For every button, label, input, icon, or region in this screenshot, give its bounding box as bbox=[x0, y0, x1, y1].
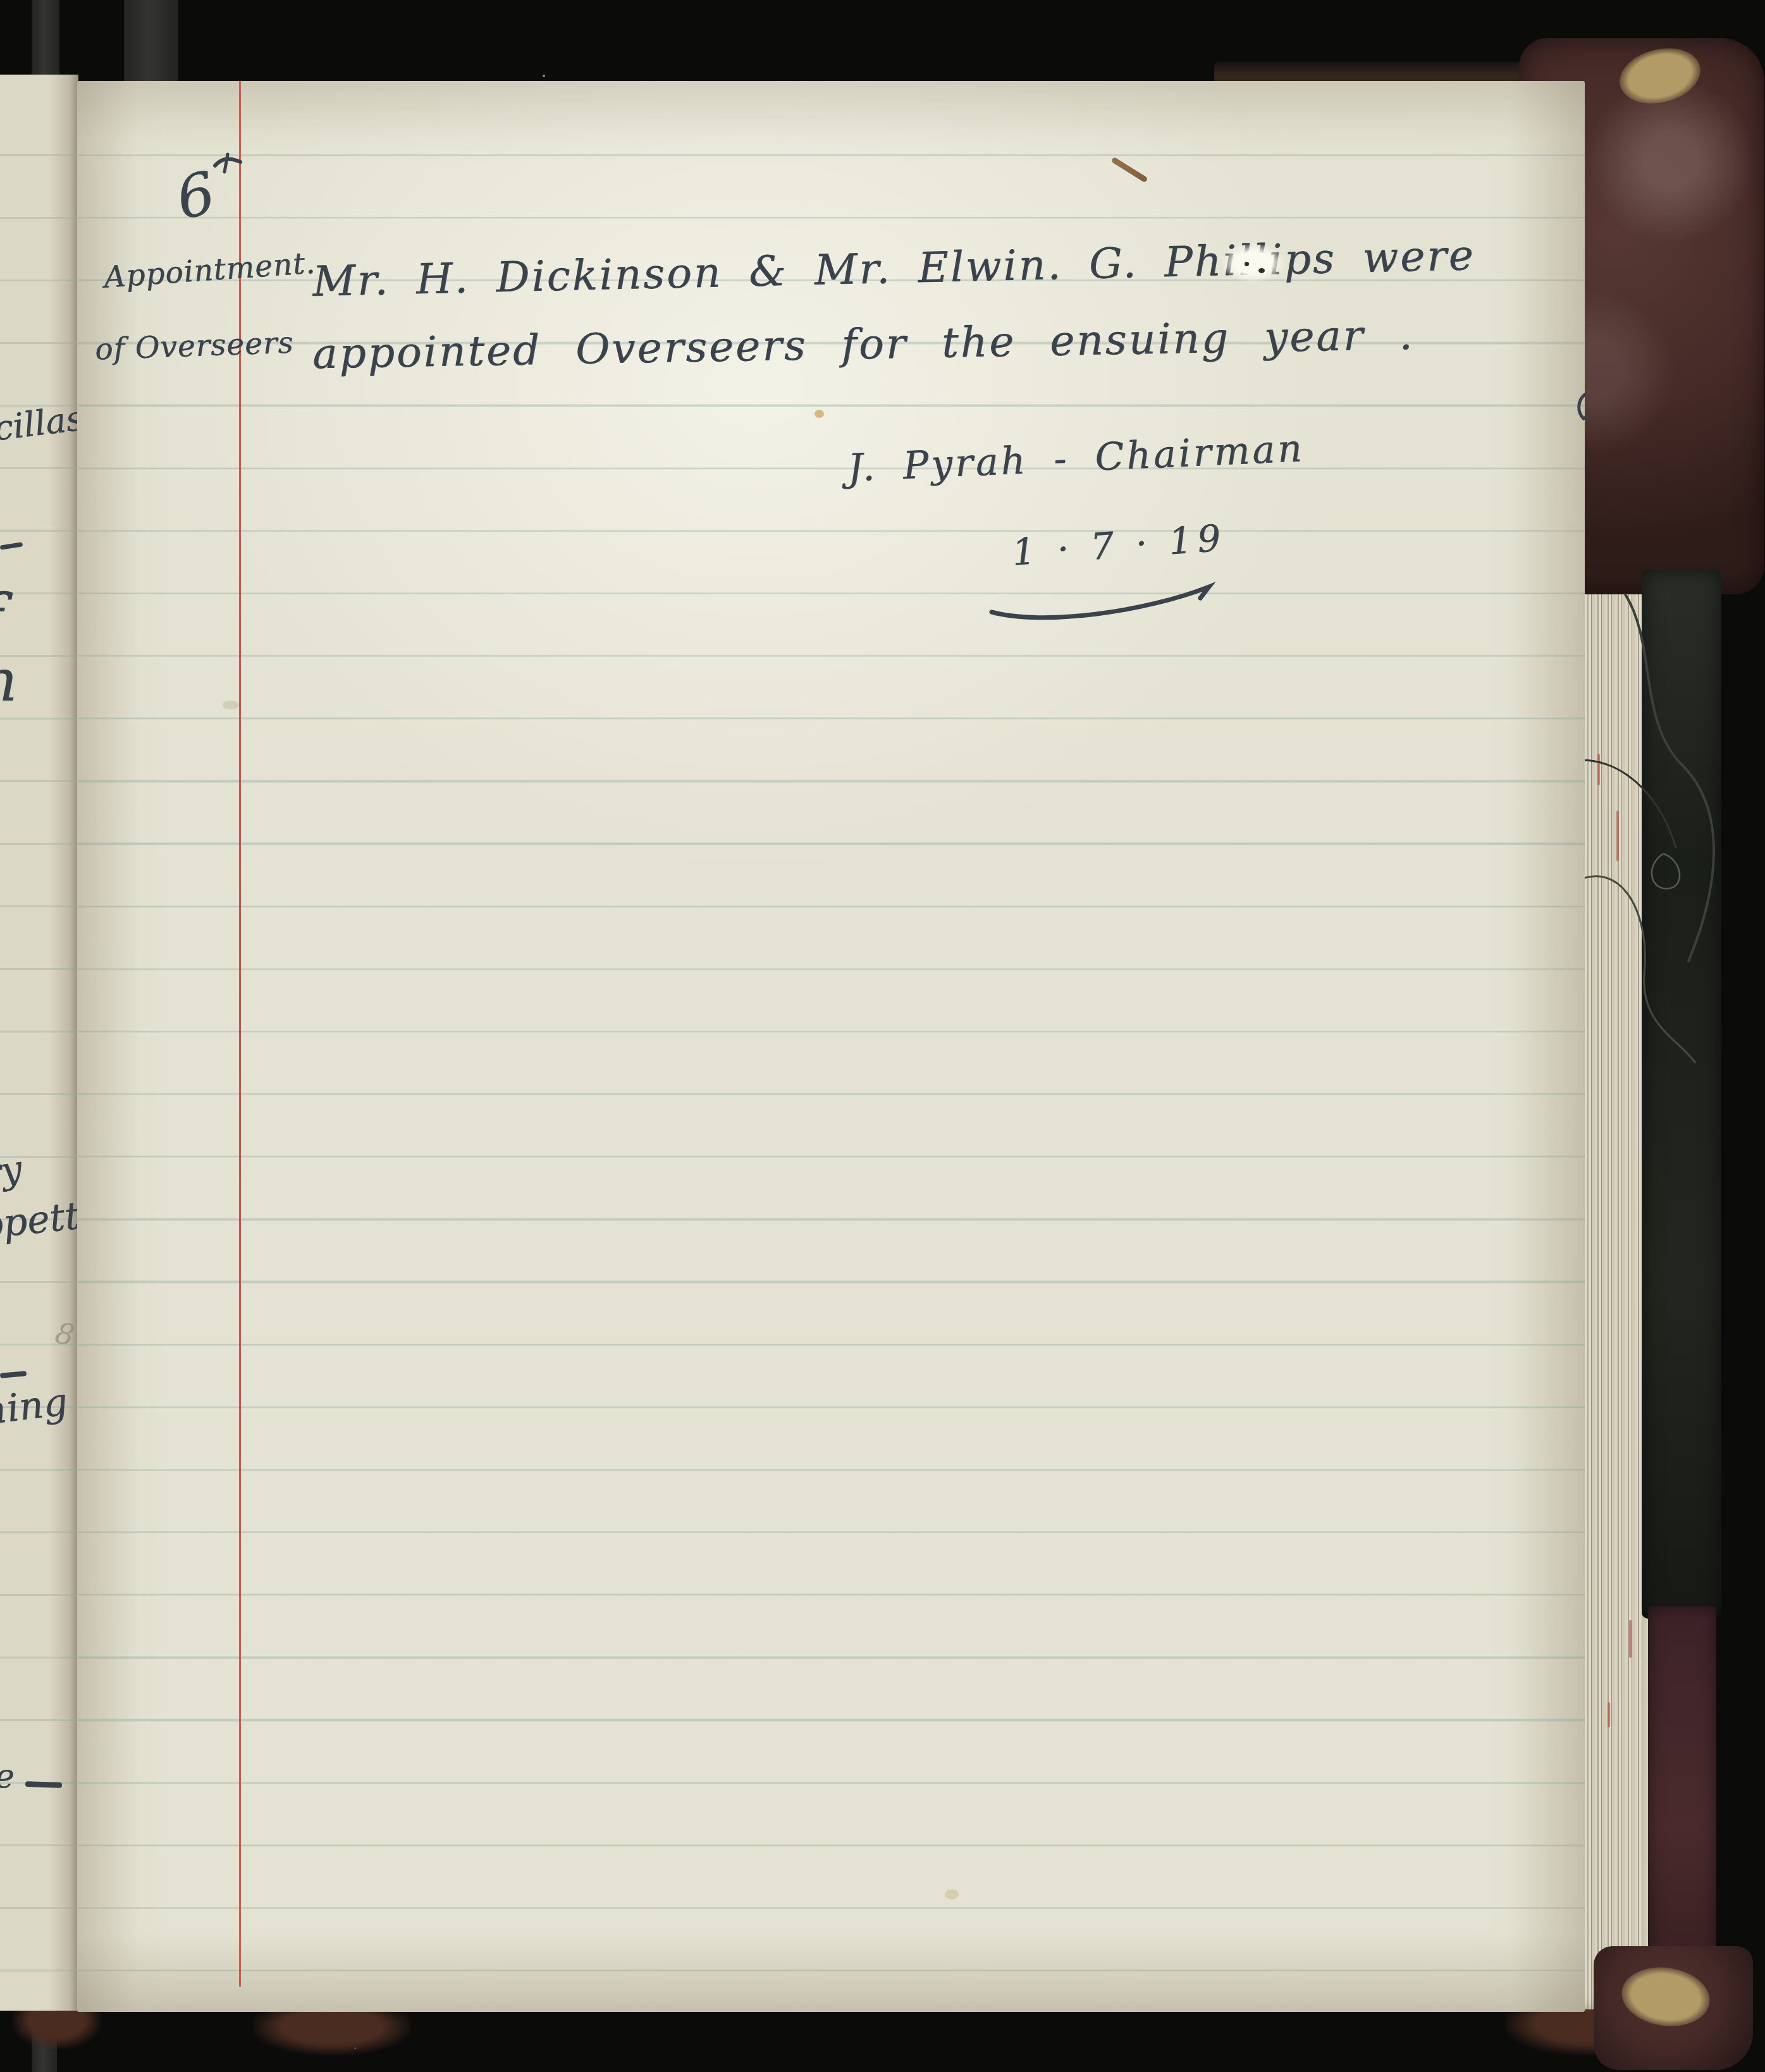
margin-note-line2: of Overseers bbox=[94, 326, 294, 367]
smudge bbox=[223, 701, 239, 709]
handwriting-fragment: cillas bbox=[0, 398, 85, 449]
handwriting-fragment: hing bbox=[0, 1380, 70, 1434]
body-line1: Mr. H. Dickinson & Mr. Elwin. G. Phillip… bbox=[312, 231, 1475, 306]
margin-rule-line bbox=[239, 81, 241, 1987]
dust-speck bbox=[543, 75, 545, 77]
red-edge-mark bbox=[1629, 1620, 1632, 1658]
chairman-signature: J. Pyrah - Chairman bbox=[847, 426, 1305, 490]
date-underline-flourish bbox=[987, 573, 1233, 627]
handwriting-fragment: ppett bbox=[0, 1194, 82, 1248]
handwriting-fragment: h bbox=[0, 647, 18, 714]
ink-blot-mark bbox=[1575, 392, 1591, 422]
handwriting-stroke bbox=[25, 1781, 62, 1788]
minute-date: 1 · 7 · 19 bbox=[1011, 516, 1227, 573]
fox-spot bbox=[945, 1889, 959, 1899]
paper-chip bbox=[1222, 244, 1285, 282]
chip-speck bbox=[1245, 262, 1249, 266]
pencil-mark: 8 bbox=[52, 1316, 78, 1353]
handwriting-stroke bbox=[0, 1371, 27, 1378]
notebook-page: 6 Appointment. of Overseers Mr. H. Dicki… bbox=[77, 81, 1585, 2012]
scratch-stain bbox=[1110, 157, 1148, 183]
handwriting-fragment: ry bbox=[0, 1147, 25, 1196]
ink-tick-mark bbox=[211, 152, 245, 175]
chip-speck bbox=[1258, 268, 1265, 273]
margin-note-line1: Appointment. bbox=[102, 245, 316, 295]
book-scan: cillas f h ry ppett 8 hing e bbox=[0, 0, 1765, 2072]
body-line2: appointed Overseers for the ensuing year… bbox=[312, 310, 1414, 378]
facing-page-sliver: cillas f h ry ppett 8 hing e bbox=[0, 75, 78, 2011]
fox-spot bbox=[815, 410, 824, 418]
handwriting-fragment: e bbox=[0, 1758, 15, 1796]
handwriting-stroke bbox=[0, 542, 23, 550]
red-edge-mark bbox=[1608, 1702, 1610, 1727]
